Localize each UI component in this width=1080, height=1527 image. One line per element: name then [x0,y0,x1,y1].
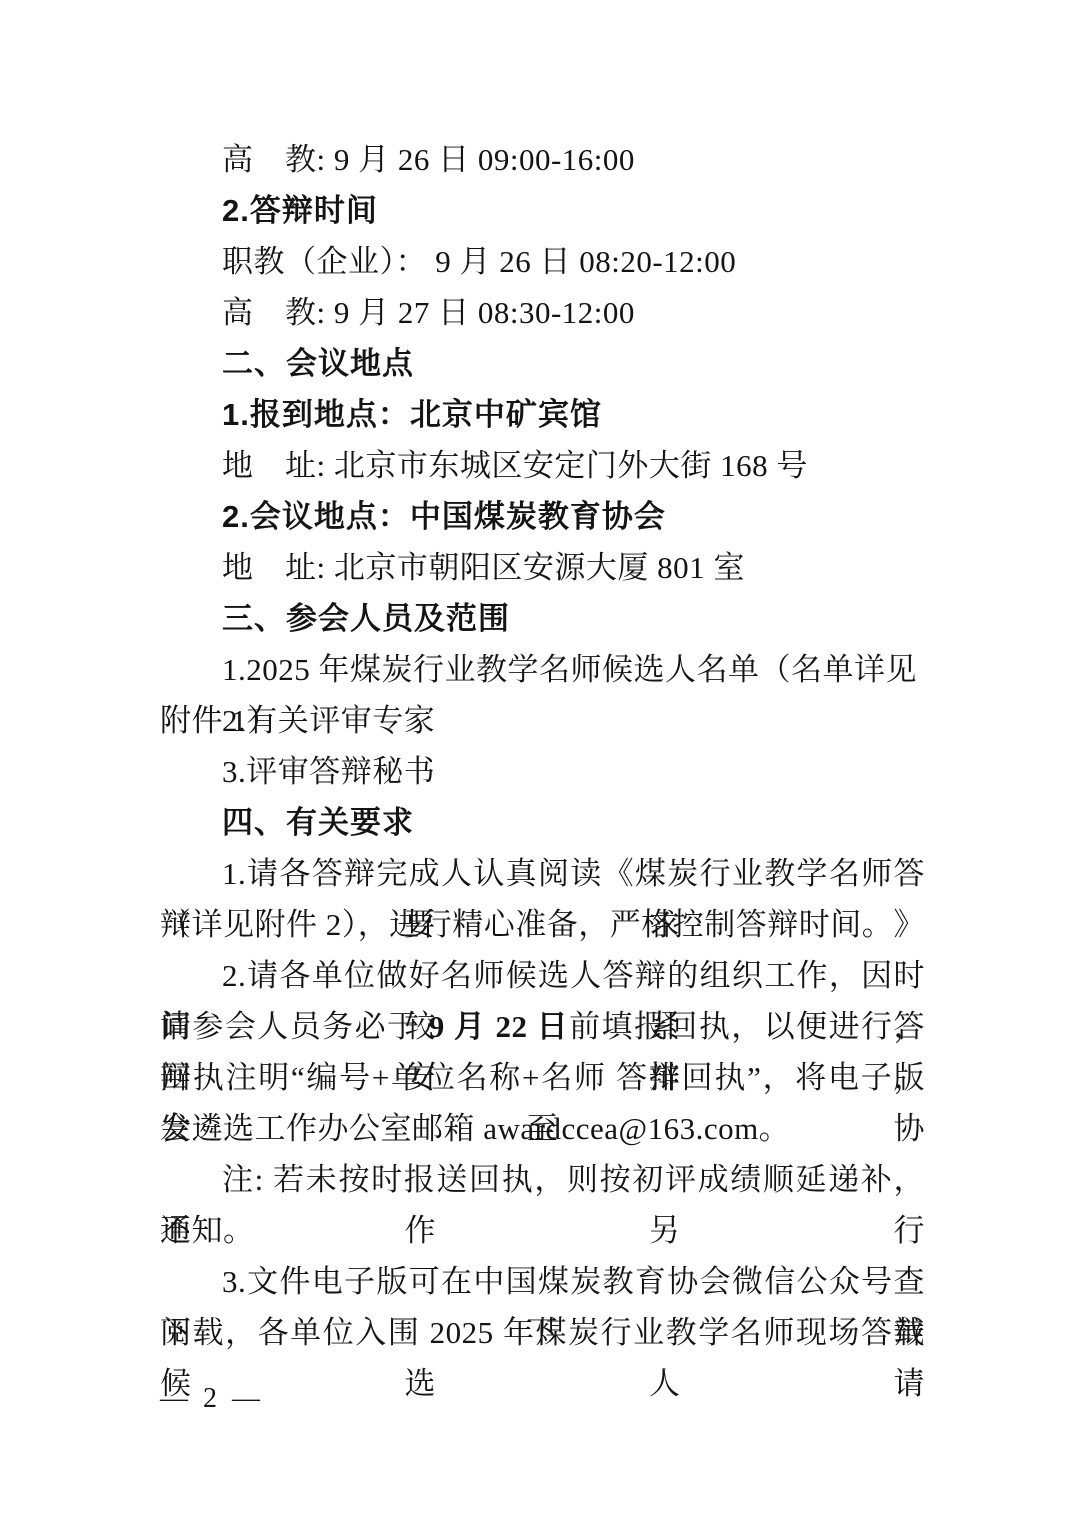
document-line: （详见附件 2），进行精心准备，严格控制答辩时间。 [160,899,925,950]
document-line: 1.2025 年煤炭行业教学名师候选人名单（名单详见附件 1） [160,644,925,695]
document-line: 地 址: 北京市朝阳区安源大厦 801 室 [160,542,925,593]
text-segment: 下载，各单位入围 2025 年煤炭行业教学名师现场答辩候选人请 [160,1315,925,1401]
document-line: 高 教: 9 月 26 日 09:00-16:00 [160,134,925,185]
document-line: 回执注明“编号+单位名称+名师 答辩回执”，将电子版发至协 [160,1052,925,1103]
text-segment: （详见附件 2），进行精心准备，严格控制答辩时间。 [160,907,893,942]
text-segment: 高 教: 9 月 26 日 09:00-16:00 [222,142,635,177]
document-line: 二、会议地点 [160,338,925,389]
page-number: — 2 — [160,1383,264,1415]
document-content: 高 教: 9 月 26 日 09:00-16:002.答辩时间职教（企业）： 9… [160,134,925,1358]
document-line: 地 址: 北京市东城区安定门外大街 168 号 [160,440,925,491]
document-line: 2.会议地点：中国煤炭教育协会 [160,491,925,542]
document-page: 高 教: 9 月 26 日 09:00-16:002.答辩时间职教（企业）： 9… [0,0,1080,1527]
text-segment: 3.评审答辩秘书 [222,754,435,789]
text-segment: 职教（企业）： 9 月 26 日 08:20-12:00 [222,244,736,279]
document-line: 2.答辩时间 [160,185,925,236]
document-line: 3.评审答辩秘书 [160,746,925,797]
document-line: 下载，各单位入围 2025 年煤炭行业教学名师现场答辩候选人请 [160,1307,925,1358]
document-line: 2.有关评审专家 [160,695,925,746]
text-segment: 2.有关评审专家 [222,703,435,738]
text-segment: 高 教: 9 月 27 日 08:30-12:00 [222,295,635,330]
text-segment: 1.报到地点：北京中矿宾馆 [222,397,602,432]
text-segment: 会遴选工作办公室邮箱 awardccea@163.com。 [160,1111,790,1146]
text-segment: 请参会人员务必于 [160,1009,429,1044]
text-segment: 地 址: 北京市朝阳区安源大厦 801 室 [222,550,745,585]
text-segment: 9 月 22 日 [429,1009,569,1044]
document-line: 1.请各答辩完成人认真阅读《煤炭行业教学名师答辩要求》 [160,848,925,899]
document-line: 1.报到地点：北京中矿宾馆 [160,389,925,440]
text-segment: 2.会议地点：中国煤炭教育协会 [222,499,666,534]
text-segment: 地 址: 北京市东城区安定门外大街 168 号 [222,448,808,483]
document-line: 2.请各单位做好名师候选人答辩的组织工作，因时间较紧， [160,950,925,1001]
text-segment: 注: 若未按时报送回执，则按初评成绩顺延递补，不作另行 [160,1162,925,1248]
document-line: 高 教: 9 月 27 日 08:30-12:00 [160,287,925,338]
document-line: 职教（企业）： 9 月 26 日 08:20-12:00 [160,236,925,287]
text-segment: 四、有关要求 [222,805,414,840]
document-line: 注: 若未按时报送回执，则按初评成绩顺延递补，不作另行 [160,1154,925,1205]
text-segment: 通知。 [160,1213,255,1248]
text-segment: 2.答辩时间 [222,193,378,228]
text-segment: 二、会议地点 [222,346,414,381]
document-line: 请参会人员务必于 9 月 22 日前填报回执，以便进行答辩安排， [160,1001,925,1052]
document-line: 3.文件电子版可在中国煤炭教育协会微信公众号查阅下载 [160,1256,925,1307]
document-line: 四、有关要求 [160,797,925,848]
text-segment: 三、参会人员及范围 [222,601,510,636]
document-line: 三、参会人员及范围 [160,593,925,644]
